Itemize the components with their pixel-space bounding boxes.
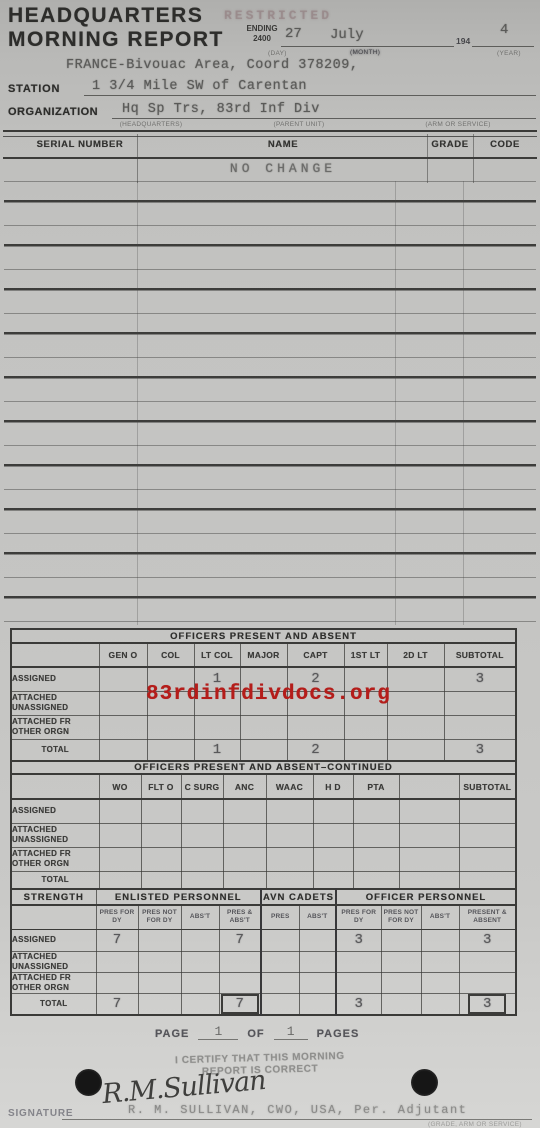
cell [387,739,444,761]
cell [240,739,287,761]
page-total: 1 [274,1024,308,1040]
cell [399,823,459,847]
cell [99,871,141,889]
cell [147,739,194,761]
cell: 3 [444,739,516,761]
officer-personnel-group-header: OFFICER PERSONNEL [336,889,516,905]
cell [299,929,336,951]
cell: 3 [444,667,516,691]
cell [459,951,516,972]
no-change-entry: NO CHANGE [158,161,408,176]
column-header: LT COL [194,643,240,667]
cell [387,667,444,691]
cell [99,715,147,739]
cell [261,929,299,951]
row-label: ATTACHED FR OTHER ORGN [11,847,99,871]
cell [459,871,516,889]
cell [138,929,181,951]
cell [266,799,313,823]
cell [381,993,421,1015]
column-header: MAJOR [240,643,287,667]
cell [181,972,219,993]
column-header: ANC [223,774,266,799]
restricted-stamp: RESTRICTED [224,8,332,23]
of-label: OF [247,1028,264,1040]
cell [387,691,444,715]
cell [336,972,381,993]
enlisted-personnel-group-header: ENLISTED PERSONNEL [96,889,261,905]
punch-hole-left [75,1069,102,1096]
cell [181,929,219,951]
cell [399,799,459,823]
cell [181,823,223,847]
page-number: 1 [198,1024,238,1040]
organization-value: Hq Sp Trs, 83rd Inf Div [122,102,320,117]
cell [141,823,181,847]
cell [181,993,219,1015]
cell [11,643,99,667]
cell [344,739,387,761]
cell [459,799,516,823]
row-label: ASSIGNED [11,929,96,951]
row-label: ATTACHED FR OTHER ORGN [11,972,96,993]
cell [219,951,261,972]
date-month-value: July [330,27,364,43]
cell [421,929,459,951]
boxed-total: 7 [221,994,259,1014]
cell [223,823,266,847]
cell [381,972,421,993]
cell [141,799,181,823]
location-line: FRANCE-Bivouac Area, Coord 378209, [66,58,358,73]
cell: 7 [96,929,138,951]
column-header: WAAC [266,774,313,799]
cell [399,871,459,889]
cell [353,823,399,847]
column-header: GEN O [99,643,147,667]
roster-top-rule [3,130,537,137]
cell [459,823,516,847]
officers-table-title: OFFICERS PRESENT AND ABSENT [11,629,516,643]
organization-label: ORGANIZATION [8,106,98,118]
ending-label: ENDING [243,24,281,34]
cell [266,847,313,871]
column-header: 1ST LT [344,643,387,667]
cell [313,799,353,823]
row-label: TOTAL [11,993,96,1015]
row-label: ATTACHED UNASSIGNED [11,951,96,972]
column-header: SUBTOTAL [444,643,516,667]
cell [381,951,421,972]
cell [99,799,141,823]
cell [11,905,96,929]
date-underline [281,30,454,47]
row-label: TOTAL [11,871,99,889]
headquarters-title: HEADQUARTERS [8,4,203,28]
sub-column-header: ABS'T [181,905,219,929]
cell [219,972,261,993]
sub-column-header: ABS'T [299,905,336,929]
sub-column-header: PRES NOT FOR DY [381,905,421,929]
arm-or-service-sublabel: (ARM OR SERVICE) [408,121,508,128]
cell [181,871,223,889]
cell [421,993,459,1015]
officers-continued-title: OFFICERS PRESENT AND ABSENT–CONTINUED [11,761,516,774]
cell [261,951,299,972]
sub-column-header: ABS'T [421,905,459,929]
sub-column-header: PRES FOR DY [336,905,381,929]
cell [444,715,516,739]
cell [96,972,138,993]
month-sublabel: (MONTH) [350,49,380,56]
cell [299,951,336,972]
column-header: WO [99,774,141,799]
cell: 7 [96,993,138,1015]
cell [194,715,240,739]
row-label: TOTAL [11,739,99,761]
row-label: ATTACHED FR OTHER ORGN [11,715,99,739]
pages-label: PAGES [317,1028,360,1040]
cell [299,993,336,1015]
signature-typed-name: R. M. SULLIVAN, CWO, USA, Per. Adjutant [128,1103,467,1117]
strength-label: STRENGTH [11,889,96,905]
cell [261,972,299,993]
cell [96,951,138,972]
cell [223,847,266,871]
code-column-header: CODE [478,139,532,150]
day-sublabel: (DAY) [268,50,287,57]
ending-2400-label: ENDING 2400 [243,24,281,44]
cell [99,847,141,871]
date-day-value: 27 [285,26,302,42]
cell [141,871,181,889]
cell [141,847,181,871]
station-value: 1 3/4 Mile SW of Carentan [92,79,307,94]
parent-unit-sublabel: (PARENT UNIT) [253,121,345,128]
cell [223,799,266,823]
station-label: STATION [8,83,60,95]
year-suffix-value: 4 [500,22,508,38]
cell [299,972,336,993]
cell: 1 [194,739,240,761]
column-header: COL [147,643,194,667]
cell [266,871,313,889]
column-header: PTA [353,774,399,799]
officers-continued-table: OFFICERS PRESENT AND ABSENT–CONTINUED WO… [10,760,517,890]
cell [99,823,141,847]
roster-header-rule [3,157,537,159]
column-header [399,774,459,799]
sub-column-header: PRESENT & ABSENT [459,905,516,929]
cell [147,715,194,739]
cell [313,871,353,889]
serial-number-column-header: SERIAL NUMBER [18,139,142,150]
cell [138,972,181,993]
headquarters-sublabel: (HEADQUARTERS) [110,121,192,128]
cell [261,993,299,1015]
cell [11,774,99,799]
row-label: ATTACHED UNASSIGNED [11,691,99,715]
ruled-column-separator [137,181,138,625]
cell: 2 [287,739,344,761]
cell [99,691,147,715]
cell: 7 [219,929,261,951]
cell [421,951,459,972]
cell: 3 [336,929,381,951]
boxed-total: 3 [468,994,506,1014]
cell [313,847,353,871]
cell [99,667,147,691]
column-header: 2D LT [387,643,444,667]
cell [353,799,399,823]
sub-column-header: PRES FOR DY [96,905,138,929]
grade-arm-service-sublabel: (GRADE, ARM OR SERVICE) [428,1121,522,1128]
cell [353,847,399,871]
cell: 7 [219,993,261,1015]
sub-column-header: PRES [261,905,299,929]
ruled-rows-area [4,181,536,625]
cell [387,715,444,739]
ruled-column-separator [463,181,464,625]
year-prefix: 194 [456,36,470,46]
cell [353,871,399,889]
cell [399,847,459,871]
morning-report-title: MORNING REPORT [8,28,224,52]
page-label: PAGE [155,1028,189,1040]
row-label: ATTACHED UNASSIGNED [11,823,99,847]
cell: 3 [459,993,516,1015]
cell [266,823,313,847]
strength-table: STRENGTH ENLISTED PERSONNEL AVN CADETS O… [10,888,517,1016]
cell [99,739,147,761]
column-header: H D [313,774,353,799]
cell [381,929,421,951]
column-header: SUBTOTAL [459,774,516,799]
cell [223,871,266,889]
cell: 3 [459,929,516,951]
ruled-column-separator [395,181,396,625]
sub-column-header: PRES & ABS'T [219,905,261,929]
cell: 3 [336,993,381,1015]
cell [181,847,223,871]
cell [313,823,353,847]
cell [344,715,387,739]
row-label: ASSIGNED [11,667,99,691]
column-header: C SURG [181,774,223,799]
row-label: ASSIGNED [11,799,99,823]
cell [181,799,223,823]
cell [421,972,459,993]
page-count-line: PAGE 1 OF 1 PAGES [155,1024,359,1040]
cell [181,951,219,972]
grade-column-header: GRADE [424,139,476,150]
year-sublabel: (YEAR) [497,50,521,57]
name-column-header: NAME [243,139,323,150]
cell [444,691,516,715]
watermark-text: 83rdinfdivdocs.org [146,683,391,706]
ending-time: 2400 [243,34,281,44]
column-header: FLT O [141,774,181,799]
cell [459,847,516,871]
cell [138,951,181,972]
column-header: CAPT [287,643,344,667]
cell [138,993,181,1015]
avn-cadets-group-header: AVN CADETS [261,889,336,905]
cell [336,951,381,972]
punch-hole-right [411,1069,438,1096]
cell [287,715,344,739]
cell [459,972,516,993]
cell [240,715,287,739]
sub-column-header: PRES NOT FOR DY [138,905,181,929]
morning-report-document: HEADQUARTERS MORNING REPORT RESTRICTED E… [0,0,540,1128]
